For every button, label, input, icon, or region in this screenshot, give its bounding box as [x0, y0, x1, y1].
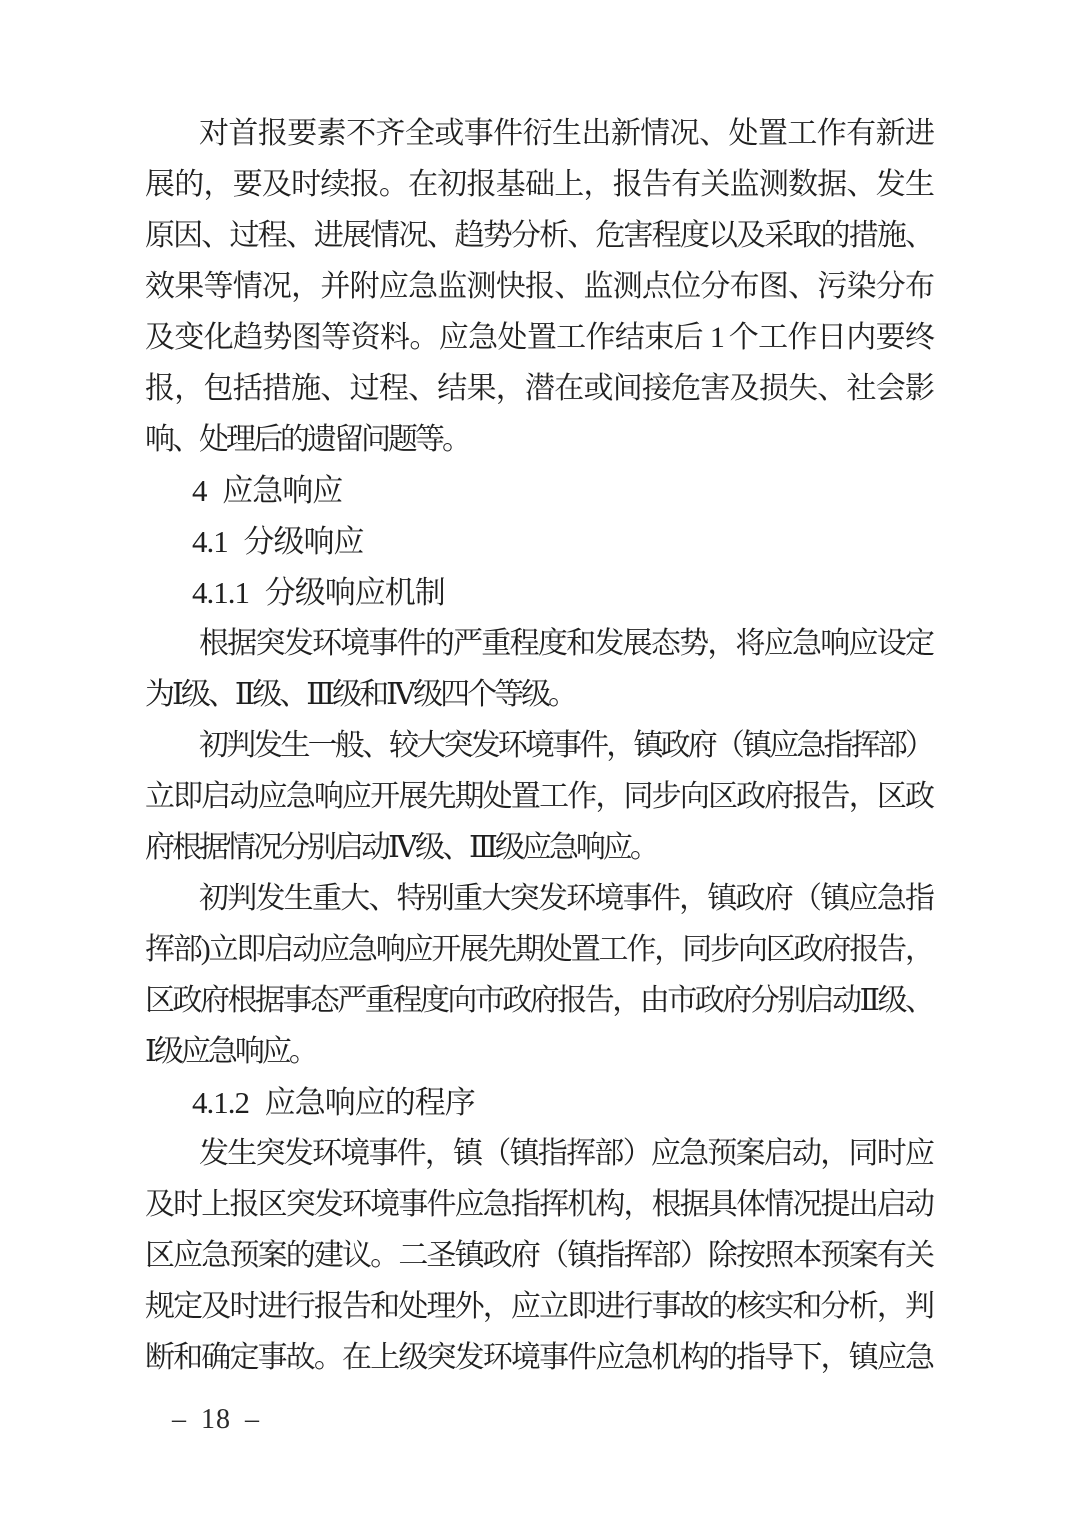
section-heading: 4.1.1 分级响应机制 [145, 567, 932, 618]
text-line: 对首报要素不齐全或事件衍生出新情况、处置工作有新进 [145, 108, 932, 159]
text-line: 区应急预案的建议。二圣镇政府（镇指挥部）除按照本预案有关 [145, 1230, 932, 1281]
text-line: 府根据情况分别启动Ⅳ级、Ⅲ级应急响应。 [145, 822, 932, 873]
text-line: 原因、过程、进展情况、趋势分析、危害程度以及采取的措施、 [145, 210, 932, 261]
text-line: Ⅰ级应急响应。 [145, 1026, 932, 1077]
text-line: 挥部)立即启动应急响应开展先期处置工作，同步向区政府报告， [145, 924, 932, 975]
text-line: 规定及时进行报告和处理外，应立即进行事故的核实和分析，判 [145, 1281, 932, 1332]
text-line: 及时上报区突发环境事件应急指挥机构，根据具体情况提出启动 [145, 1179, 932, 1230]
document-page: 对首报要素不齐全或事件衍生出新情况、处置工作有新进展的，要及时续报。在初报基础上… [0, 0, 1074, 1520]
section-heading: 4.1.2 应急响应的程序 [145, 1077, 932, 1128]
text-line: 发生突发环境事件，镇（镇指挥部）应急预案启动，同时应 [145, 1128, 932, 1179]
text-line: 及变化趋势图等资料。应急处置工作结束后 1 个工作日内要终 [145, 312, 932, 363]
text-line: 展的，要及时续报。在初报基础上，报告有关监测数据、发生 [145, 159, 932, 210]
text-line: 初判发生重大、特别重大突发环境事件，镇政府（镇应急指 [145, 873, 932, 924]
text-line: 断和确定事故。在上级突发环境事件应急机构的指导下，镇应急 [145, 1332, 932, 1383]
text-line: 为Ⅰ级、Ⅱ级、Ⅲ级和Ⅳ级四个等级。 [145, 669, 932, 720]
page-number: – 18 – [172, 1404, 260, 1436]
text-line: 响、处理后的遗留问题等。 [145, 414, 932, 465]
text-line: 效果等情况，并附应急监测快报、监测点位分布图、污染分布 [145, 261, 932, 312]
document-content: 对首报要素不齐全或事件衍生出新情况、处置工作有新进展的，要及时续报。在初报基础上… [145, 108, 932, 1383]
text-line: 报，包括措施、过程、结果，潜在或间接危害及损失、社会影 [145, 363, 932, 414]
text-line: 立即启动应急响应开展先期处置工作，同步向区政府报告，区政 [145, 771, 932, 822]
text-line: 初判发生一般、较大突发环境事件，镇政府（镇应急指挥部） [145, 720, 932, 771]
text-line: 区政府根据事态严重程度向市政府报告，由市政府分别启动Ⅱ级、 [145, 975, 932, 1026]
section-heading: 4.1 分级响应 [145, 516, 932, 567]
text-line: 根据突发环境事件的严重程度和发展态势，将应急响应设定 [145, 618, 932, 669]
section-heading: 4 应急响应 [145, 465, 932, 516]
